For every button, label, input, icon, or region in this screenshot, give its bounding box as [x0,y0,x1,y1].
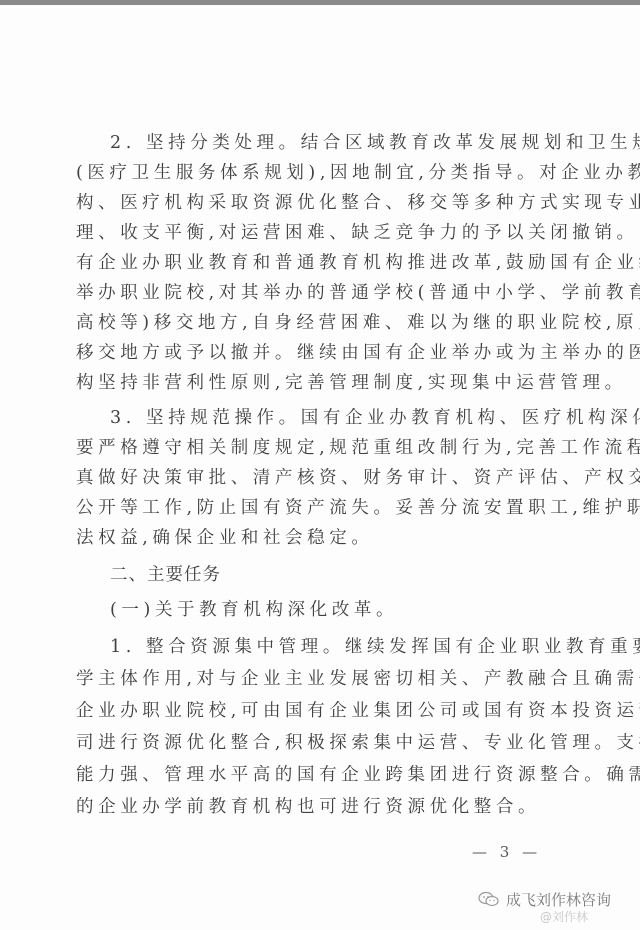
text-line: 学主体作用,对与企业主业发展密切相关、产教融合且确需保留的 [76,664,576,694]
text-line: 真做好决策审批、清产核资、财务审计、资产评估、产权交易、信息 [76,463,576,493]
watermark-account-name: 成飞刘作林咨询 [506,889,611,910]
page-number: — 3 — [472,843,541,861]
text-line: (医疗卫生服务体系规划),因地制宜,分类指导。对企业办教育机 [76,158,576,188]
text-line: 3. 坚持规范操作。国有企业办教育机构、医疗机构深化改革 [110,403,610,433]
text-line: 2. 坚持分类处理。结合区域教育改革发展规划和卫生规划 [110,128,610,158]
text-line: 要严格遵守相关制度规定,规范重组改制行为,完善工作流程,认 [76,433,576,463]
weibo-watermark: @刘作林 [540,908,588,925]
text-line: 司进行资源优化整合,积极探索集中运营、专业化管理。支持运营 [76,728,576,758]
subsection-heading-education: (一)关于教育机构深化改革。 [110,595,610,625]
text-line: 公开等工作,防止国有资产流失。妥善分流安置职工,维护职工合 [76,493,576,523]
section-heading-main-tasks: 二、主要任务 [110,560,610,590]
text-line: 的企业办学前教育机构也可进行资源优化整合。 [76,792,576,822]
text-line: 1. 整合资源集中管理。继续发挥国有企业职业教育重要办 [110,632,610,662]
text-line: 构坚持非营利性原则,完善管理制度,实现集中运营管理。 [76,368,576,398]
wechat-icon [478,891,500,907]
text-line: 有企业办职业教育和普通教育机构推进改革,鼓励国有企业继续 [76,248,576,278]
text-line: 能力强、管理水平高的国有企业跨集团进行资源整合。确需保留 [76,760,576,790]
text-line: 举办职业院校,对其举办的普通学校(普通中小学、学前教育、普通 [76,278,576,308]
text-line: 移交地方或予以撤并。继续由国有企业举办或为主举办的医疗机 [76,338,576,368]
text-line: 企业办职业院校,可由国有企业集团公司或国有资本投资运营公 [76,696,576,726]
text-line: 理、收支平衡,对运营困难、缺乏竞争力的予以关闭撤销。区分国 [76,218,576,248]
text-line: 构、医疗机构采取资源优化整合、移交等多种方式实现专业化管 [76,188,576,218]
text-line: 法权益,确保企业和社会稳定。 [76,523,576,553]
text-line: 高校等)移交地方,自身经营困难、难以为继的职业院校,原则上应 [76,308,576,338]
watermark: 成飞刘作林咨询 [478,888,611,910]
